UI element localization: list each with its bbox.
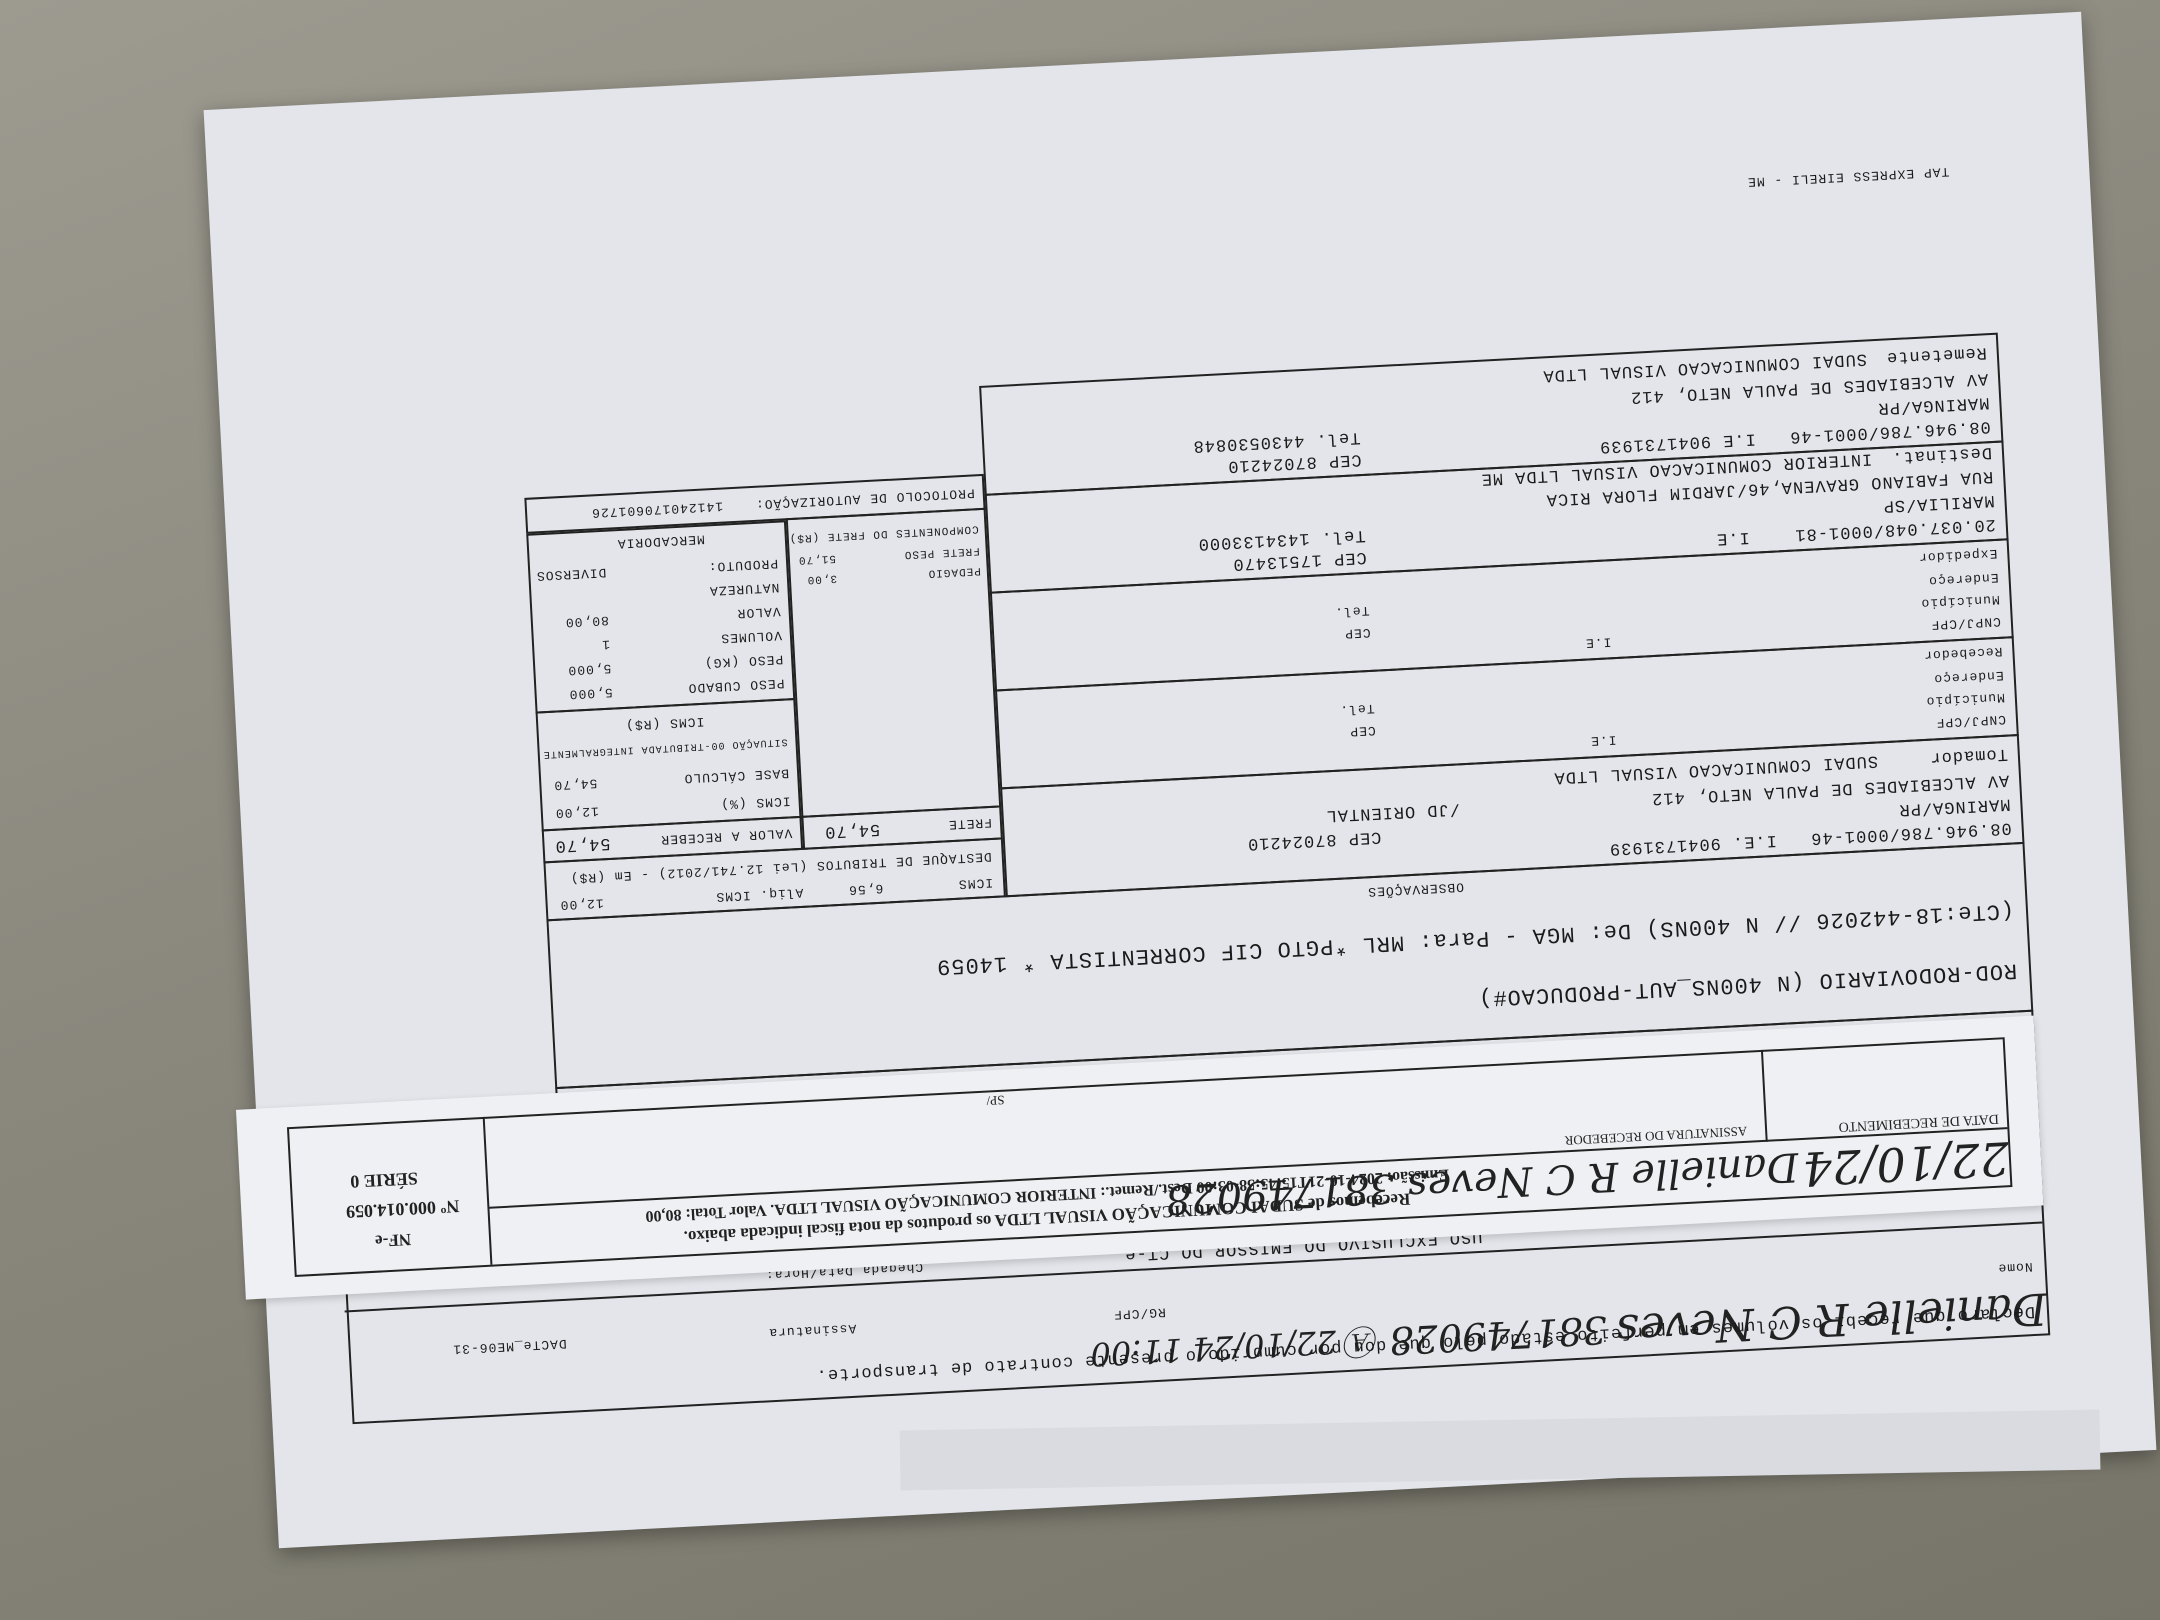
slip-data-handwritten: 22/10/24 <box>1801 1131 2010 1196</box>
componentes-row-1-label: FRETE PESO <box>903 544 980 560</box>
remetente-label: Remetente <box>1886 342 1988 366</box>
componentes-frete-box: PEDAGIO 3,00 FRETE PESO 51,70 COMPONENTE… <box>786 508 1001 818</box>
mercadoria-title: MERCADORIA <box>616 532 705 552</box>
expedidor-cnpj-label: CNPJ/CPF <box>1930 614 2001 633</box>
expedidor-endereco-label: Endereço <box>1928 570 1999 589</box>
tomador-label: Tomador <box>1929 744 2008 767</box>
expedidor-municipio-label: Município <box>1920 592 2000 611</box>
footer-company: TAP EXPRESS EIRELI - ME <box>1747 164 1950 190</box>
mercadoria-row-label: PESO (KG) <box>704 652 784 671</box>
tomador-cep: CEP 87024210 <box>1246 827 1381 853</box>
recebedor-tel: Tel. <box>1339 701 1375 718</box>
recebedor-ie: I.E <box>1590 732 1617 748</box>
destinatario-municipio: MARILIA/SP <box>1882 490 1995 515</box>
recebedor-label: Recebedor <box>1923 644 2003 663</box>
icms-label: ICMS <box>958 875 994 892</box>
icms-box: ICMS (%) 12,00 BASE CÁLCULO 54,70 SITUAÇ… <box>536 698 802 831</box>
componentes-row-0-label: PEDAGIO <box>927 564 981 579</box>
rg-cpf-label: RG/CPF <box>1113 1304 1167 1322</box>
assinatura-label: Assinatura <box>768 1321 857 1341</box>
frete-label: FRETE <box>948 815 993 832</box>
expedidor-label: Expedidor <box>1918 546 1998 565</box>
icms-pct-label: ICMS (%) <box>720 793 791 812</box>
recebedor-endereco-label: Endereço <box>1933 668 2004 687</box>
componentes-row-0-value: 3,00 <box>806 572 837 586</box>
valor-receber-value: 54,70 <box>554 833 611 855</box>
base-calculo-label: BASE CÁLCULO <box>683 765 789 786</box>
remetente-municipio: MARINGA/PR <box>1877 392 1990 417</box>
protocolo-value: 141240170601726 <box>591 499 724 521</box>
aliq-icms-label: Aliq. ICMS <box>715 885 804 905</box>
tomador-bairro: /JD ORIENTAL <box>1325 798 1460 824</box>
destinatario-cnpj-line: 20.037.048/0001-81 I.E <box>1716 514 1997 548</box>
observacoes-label: OBSERVAÇÕES <box>1367 879 1464 899</box>
expedidor-ie: I.E <box>1585 634 1612 650</box>
mercadoria-box: PESO CUBADO5,000PESO (KG)5,000VOLUMES1VA… <box>526 520 795 713</box>
slip-nfe-label: NF-e <box>375 1229 412 1251</box>
icms-box-title: ICMS (R$) <box>625 714 705 733</box>
recebedor-cnpj-label: CNPJ/CPF <box>1935 712 2006 731</box>
nome-label: Nome <box>1997 1259 2033 1276</box>
mercadoria-row-label: PRODUTO: <box>707 556 778 575</box>
mercadoria-row-label: NATUREZA <box>709 580 780 599</box>
tomador-municipio: MARINGA/PR <box>1898 794 2011 819</box>
frete-value: 54,70 <box>824 819 881 841</box>
remetente-cep: CEP 87024210 <box>1227 449 1362 475</box>
situacao-tributaria: SITUAÇÃO 00-TRIBUTADA INTEGRALMENTE <box>542 736 787 760</box>
dacte-sheet: Declaro que recebi os volumes em perfeit… <box>204 12 2157 1548</box>
destinatario-cep: CEP 17513470 <box>1232 547 1367 573</box>
icms-pct-value: 12,00 <box>554 803 599 820</box>
rod-line: ROD-RODOVIARIO (N 400NS_AUT-PRODUCAO#) <box>1477 957 2017 1010</box>
mercadoria-row-value: DIVERSOS <box>536 565 607 584</box>
valor-receber-label: VALOR A RECEBER <box>660 825 793 847</box>
recebedor-cep: CEP <box>1349 723 1376 739</box>
mercadoria-row-value: 5,000 <box>567 661 612 678</box>
mercadoria-row-label: VALOR <box>736 604 781 621</box>
mercadoria-row-label: PESO CUBADO <box>687 676 784 696</box>
mercadoria-row-value: 5,000 <box>568 685 613 702</box>
expedidor-cep: CEP <box>1344 625 1371 641</box>
recebedor-municipio-label: Município <box>1925 690 2005 709</box>
mercadoria-row-label: VOLUMES <box>720 628 782 646</box>
componentes-title: COMPONENTES DO FRETE (R$) <box>788 522 978 544</box>
componentes-row-1-value: 51,70 <box>798 552 837 566</box>
aliq-icms-value: 12,00 <box>559 895 604 912</box>
mercadoria-row-value: 80,00 <box>565 613 610 630</box>
slip-numero: Nº 000.014.059 <box>345 1195 459 1222</box>
icms-value: 6,56 <box>848 881 884 898</box>
base-calculo-value: 54,70 <box>553 776 598 793</box>
slip-assinatura-label: ASSINATURA DO RECEBEDOR <box>1564 1123 1747 1149</box>
slip-sp-mark: SP/ <box>986 1092 1005 1109</box>
mercadoria-row-value: 1 <box>601 637 611 652</box>
slip-serie: SÉRIE 0 <box>350 1167 419 1192</box>
protocolo-label: PROTOCOLO DE AUTORIZAÇÃO: <box>755 485 976 511</box>
expedidor-tel: Tel. <box>1334 603 1370 620</box>
dacte-code: DACTe_ME06-31 <box>452 1336 567 1357</box>
